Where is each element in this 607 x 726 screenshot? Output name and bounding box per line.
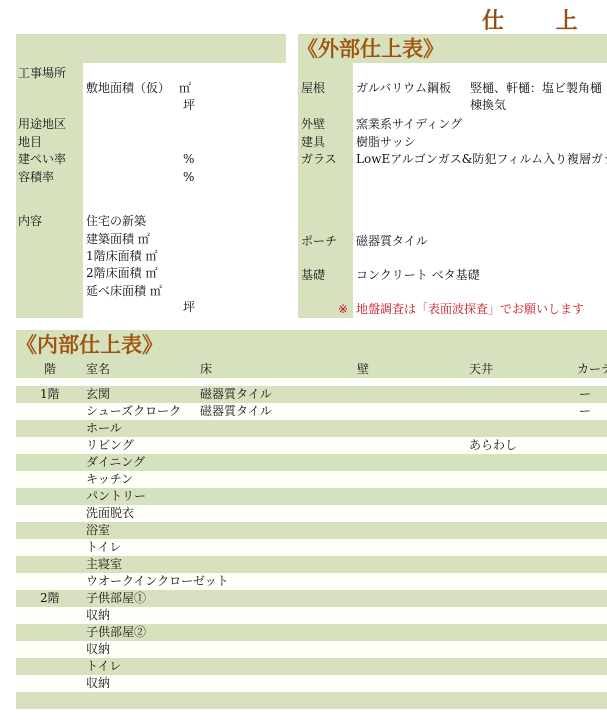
exterior-label-foundation: 基礎 xyxy=(301,267,325,284)
cell-room: ウオークインクローゼット xyxy=(86,573,229,590)
note-mark: ※ xyxy=(338,301,348,318)
cell-curtain: ー xyxy=(579,386,591,403)
label-coverage-ratio: 建ぺい率 xyxy=(18,151,66,168)
label-land-category: 地目 xyxy=(18,134,42,151)
cell-room: トイレ xyxy=(86,658,121,675)
site-area-unit-m2: ㎡ xyxy=(179,80,191,97)
table-row xyxy=(16,692,607,709)
header-room: 室名 xyxy=(86,361,110,378)
label-site-area: 敷地面積（仮） xyxy=(86,80,170,97)
header-floor: 床 xyxy=(200,361,212,378)
content-value: 住宅の新築 xyxy=(86,213,146,230)
label-location: 工事場所 xyxy=(18,65,66,82)
coverage-ratio-percent: % xyxy=(183,151,194,168)
exterior-value-roof: ガルバリウム鋼板 xyxy=(356,80,451,97)
cell-room: 子供部屋① xyxy=(86,590,146,607)
building-area: 建築面積 ㎡ xyxy=(86,231,150,248)
cell-ceiling: あらわし xyxy=(469,437,517,454)
floor2-area: 2階床面積 ㎡ xyxy=(86,265,157,282)
exterior-section-title: 《外部仕上表》 xyxy=(297,36,444,62)
floor-area-ratio-percent: % xyxy=(183,169,194,186)
cell-level: 1階 xyxy=(40,386,60,403)
cell-floor: 磁器質タイル xyxy=(200,403,272,420)
total-floor-area: 延べ床面積 ㎡ xyxy=(86,283,162,300)
site-info-header-band xyxy=(16,34,286,63)
label-content: 内容 xyxy=(18,213,42,230)
cell-room: 洗面脱衣 xyxy=(86,505,134,522)
cell-room: 収納 xyxy=(86,641,110,658)
site-info-label-column xyxy=(16,63,83,318)
exterior-label-porch: ポーチ xyxy=(301,233,337,250)
site-area-unit-tsubo: 坪 xyxy=(183,97,195,114)
cell-room: 収納 xyxy=(86,607,110,624)
cell-room: ダイニング xyxy=(86,454,145,471)
cell-floor: 磁器質タイル xyxy=(200,386,272,403)
exterior-label-roof: 屋根 xyxy=(301,80,325,97)
exterior-label-wall: 外壁 xyxy=(301,116,325,133)
exterior-roof-ventilation: 棟換気 xyxy=(470,97,506,114)
cell-room: 主寝室 xyxy=(86,556,122,573)
cell-room: 子供部屋② xyxy=(86,624,146,641)
cell-curtain: ー xyxy=(579,403,591,420)
total-floor-area-tsubo: 坪 xyxy=(183,299,195,316)
cell-room: キッチン xyxy=(86,471,133,488)
exterior-roof-gutter: 竪樋、軒樋：塩ビ製角樋 xyxy=(470,80,602,97)
cell-room: パントリー xyxy=(86,488,146,505)
cell-room: 収納 xyxy=(86,675,110,692)
exterior-label-fittings: 建具 xyxy=(301,134,325,151)
header-ceiling: 天井 xyxy=(469,361,493,378)
cell-room: リビング xyxy=(86,437,134,454)
cell-room: 浴室 xyxy=(86,522,110,539)
cell-room: シューズクローク xyxy=(86,403,181,420)
exterior-label-glass: ガラス xyxy=(301,151,337,168)
floor1-area: 1階床面積 ㎡ xyxy=(86,248,157,265)
exterior-value-porch: 磁器質タイル xyxy=(356,233,428,250)
cell-room: トイレ xyxy=(86,539,121,556)
ground-survey-note: 地盤調査は「表面波探査」でお願いします xyxy=(356,301,584,318)
header-wall: 壁 xyxy=(357,361,369,378)
exterior-value-glass: LowEアルゴンガス&防犯フィルム入り複層ガラス xyxy=(356,151,607,168)
cell-room: 玄関 xyxy=(86,386,110,403)
cell-level: 2階 xyxy=(40,590,60,607)
header-curtain: カーテン xyxy=(577,361,607,378)
interior-section-title: 《内部仕上表》 xyxy=(16,332,163,358)
cell-room: ホール xyxy=(86,420,122,437)
header-floor-level: 階 xyxy=(44,361,56,378)
exterior-value-fittings: 樹脂サッシ xyxy=(356,134,416,151)
label-floor-area-ratio: 容積率 xyxy=(18,169,54,186)
label-zoning: 用途地区 xyxy=(18,116,66,133)
page-title: 仕 上 表 xyxy=(482,4,607,35)
table-spacer xyxy=(16,378,607,386)
exterior-value-wall: 窯業系サイディング xyxy=(356,116,462,133)
exterior-value-foundation: コンクリート ベタ基礎 xyxy=(356,267,480,284)
